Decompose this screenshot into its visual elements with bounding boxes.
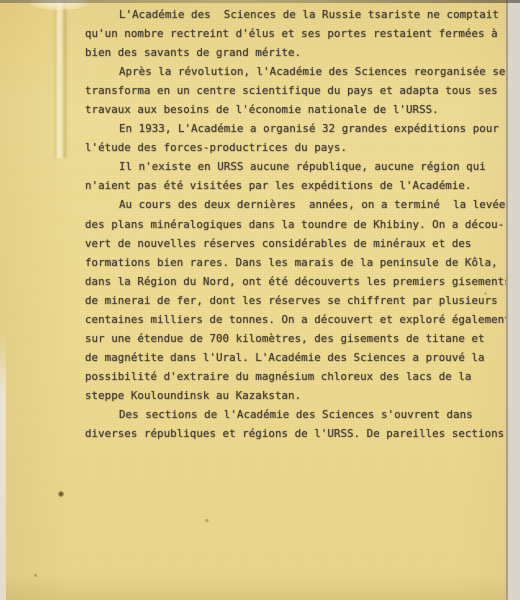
text-line: de minerai de fer, dont les réserves se … [85,291,505,310]
text-line: qu'un nombre rectreint d'élus et ses por… [85,24,505,43]
text-line: bien des savants de grand mérite. [85,43,505,62]
text-line: centaines milliers de tonnes. On a décou… [85,310,505,329]
scan-backdrop-right [506,0,520,600]
paper-sheet: L'Académie des Sciences de la Russie tsa… [0,0,508,600]
text-line: travaux aux besoins de l'économie nation… [85,100,505,119]
paper-crease [54,0,68,158]
text-line: possibilité d'extraire du magnésium chlo… [85,367,505,386]
paper-fold-mark [0,3,54,65]
text-line: l'étude des forces-productrices du pays. [85,138,505,157]
text-line: steppe Kouloundinsk au Kazakstan. [85,386,505,405]
text-line: sur une étendue de 700 kilomètres, des g… [85,329,505,348]
scan-backdrop-left [0,330,6,600]
text-line: n'aient pas été visitées par les expédit… [85,176,505,195]
ink-speck [58,491,64,497]
text-line: de magnétite dans l'Ural. L'Académie des… [85,348,505,367]
text-line: formations bien rares. Dans les marais d… [85,253,505,272]
text-line: Au cours des deux dernières années, on a… [85,195,505,214]
typewritten-text: L'Académie des Sciences de la Russie tsa… [85,5,505,443]
text-line: transforma en un centre scientifique du … [85,81,505,100]
scanned-document: L'Académie des Sciences de la Russie tsa… [0,0,520,600]
text-line: L'Académie des Sciences de la Russie tsa… [85,5,505,24]
scan-edge-top [0,0,520,3]
text-line: Après la révolution, l'Académie des Scie… [85,62,505,81]
text-line: des plans minéralogiques dans la toundre… [85,215,505,234]
text-line: Des sections de l'Académie des Sciences … [85,405,505,424]
text-line: vert de nouvelles réserves considérables… [85,234,505,253]
paper-speck [205,519,209,522]
text-line: En 1933, L'Académie a organisé 32 grande… [85,119,505,138]
text-line: Il n'existe en URSS aucune république, a… [85,157,505,176]
text-line: diverses républiques et régions de l'URS… [85,424,505,443]
text-line: dans la Région du Nord, ont été découver… [85,272,505,291]
paper-speck [484,292,487,295]
bottom-shadow [0,574,520,600]
